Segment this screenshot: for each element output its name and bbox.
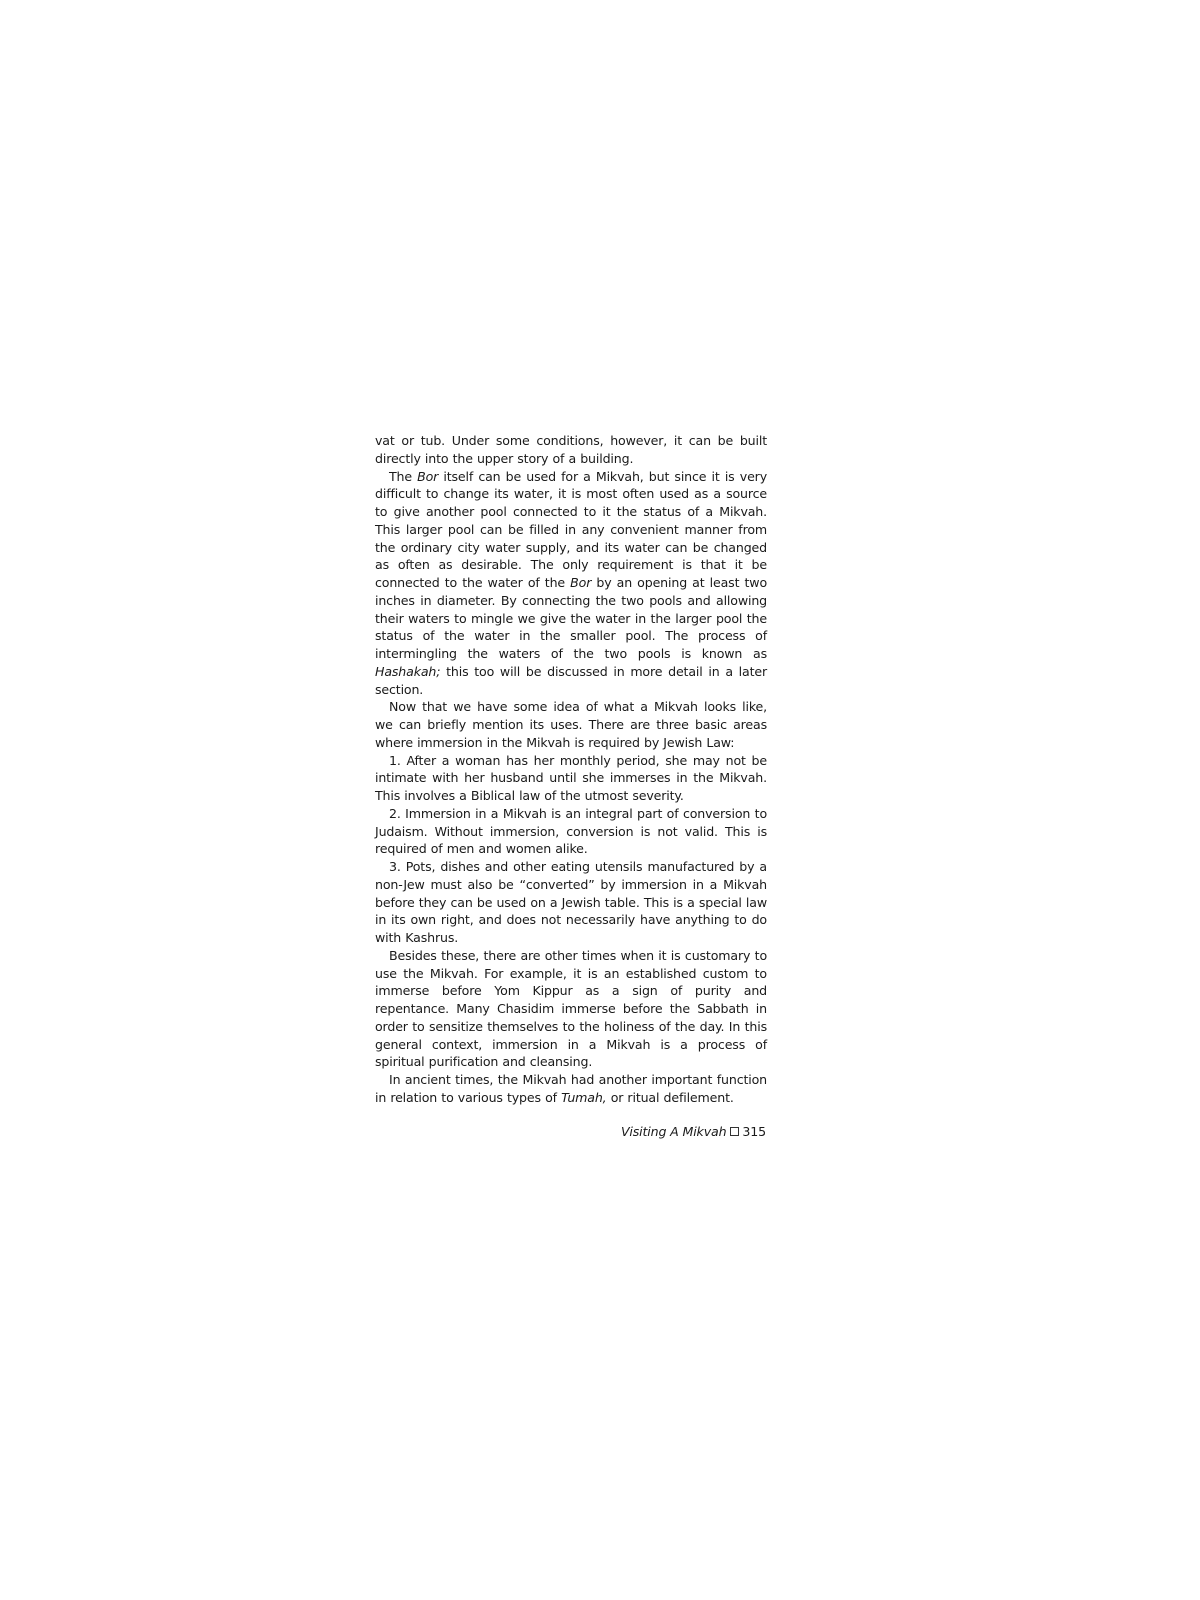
list-item-1: 1. After a woman has her monthly period,… (375, 752, 767, 805)
text-run: or ritual defilement. (607, 1090, 734, 1105)
text-run: vat or tub. Under some conditions, howev… (375, 433, 767, 466)
text-run: itself can be used for a Mikvah, but sin… (375, 469, 767, 591)
page-number: 315 (742, 1124, 766, 1139)
italic-term: Hashakah; (375, 664, 440, 679)
paragraph-1: vat or tub. Under some conditions, howev… (375, 432, 767, 468)
italic-term: Tumah, (561, 1090, 606, 1105)
text-run: 2. Immersion in a Mikvah is an integral … (375, 806, 767, 857)
italic-term: Bor (570, 575, 591, 590)
italic-term: Bor (417, 469, 438, 484)
page-body: vat or tub. Under some conditions, howev… (375, 432, 767, 1107)
text-run: 3. Pots, dishes and other eating utensil… (375, 859, 767, 945)
text-run: Besides these, there are other times whe… (375, 948, 767, 1070)
text-run: The (389, 469, 417, 484)
paragraph-5: In ancient times, the Mikvah had another… (375, 1071, 767, 1107)
text-run: Now that we have some idea of what a Mik… (375, 699, 767, 750)
paragraph-2: The Bor itself can be used for a Mikvah,… (375, 468, 767, 699)
page-footer: Visiting A Mikvah315 (560, 1124, 766, 1139)
paragraph-4: Besides these, there are other times whe… (375, 947, 767, 1071)
paragraph-3: Now that we have some idea of what a Mik… (375, 698, 767, 751)
hollow-square-icon (730, 1127, 739, 1136)
list-item-2: 2. Immersion in a Mikvah is an integral … (375, 805, 767, 858)
list-item-3: 3. Pots, dishes and other eating utensil… (375, 858, 767, 947)
running-title: Visiting A Mikvah (621, 1124, 726, 1139)
text-run: 1. After a woman has her monthly period,… (375, 753, 767, 804)
